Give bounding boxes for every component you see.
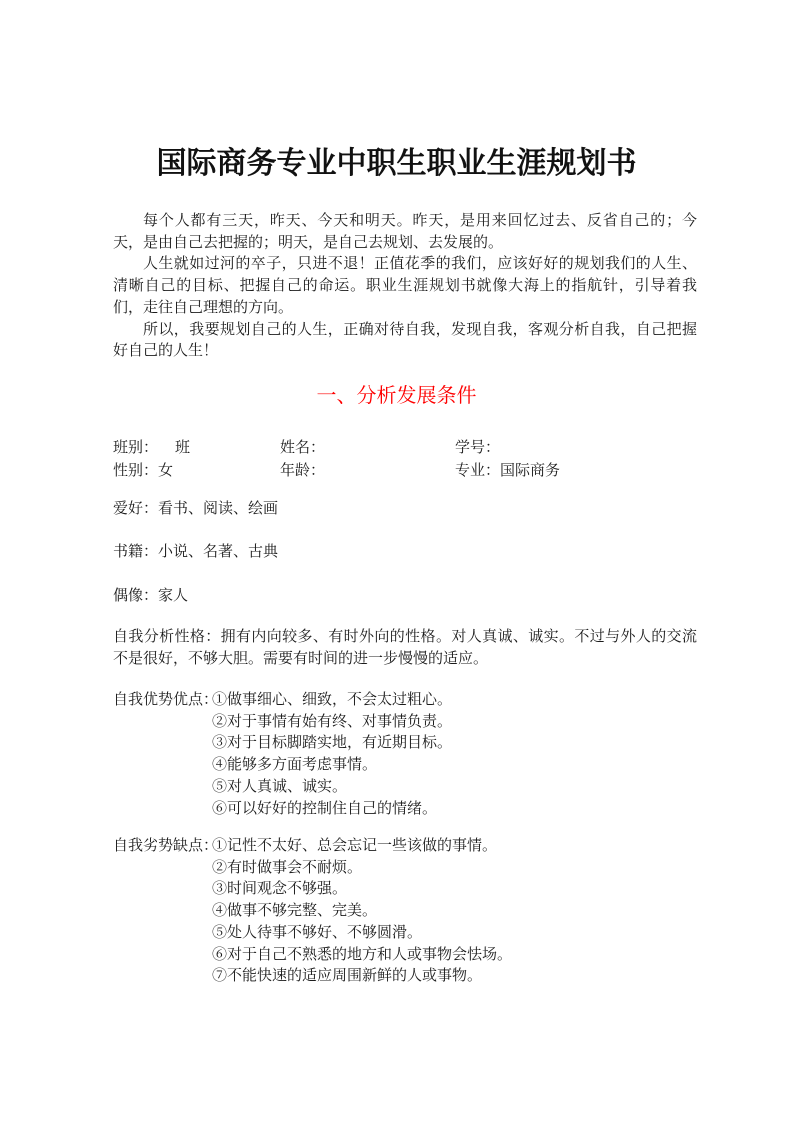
profile-row-2: 性别：女 年龄： 专业：国际商务 <box>113 460 697 483</box>
personality-analysis: 自我分析性格：拥有内向较多、有时外向的性格。对人真诚、诚实。不过与外人的交流不是… <box>113 627 697 670</box>
strength-item: ①做事细心、细致，不会太过粗心。 <box>212 690 697 712</box>
weaknesses-label: 自我劣势缺点： <box>113 836 212 858</box>
personality-text: 自我分析性格：拥有内向较多、有时外向的性格。对人真诚、诚实。不过与外人的交流不是… <box>113 627 697 670</box>
field-gender-label: 性别： <box>113 463 158 479</box>
field-major: 专业：国际商务 <box>455 460 560 483</box>
weaknesses-block: 自我劣势缺点： ①记性不太好、总会忘记一些该做的事情。②有时做事会不耐烦。③时间… <box>113 836 697 988</box>
field-class-value: 班 <box>175 437 190 460</box>
field-major-value: 国际商务 <box>500 463 560 479</box>
strength-item: ⑤对人真诚、诚实。 <box>212 777 697 799</box>
intro-paragraph: 每个人都有三天，昨天、今天和明天。昨天，是用来回忆过去、反省自己的；今天，是由自… <box>113 211 697 254</box>
interest-line: 书籍：小说、名著、古典 <box>113 542 697 564</box>
document-title: 国际商务专业中职生职业生涯规划书 <box>0 146 793 182</box>
weaknesses-items: ①记性不太好、总会忘记一些该做的事情。②有时做事会不耐烦。③时间观念不够强。④做… <box>212 836 697 988</box>
weakness-item: ⑥对于自己不熟悉的地方和人或事物会怯场。 <box>212 945 697 967</box>
field-gender-value: 女 <box>158 463 173 479</box>
strength-item: ②对于事情有始有终、对事情负责。 <box>212 712 697 734</box>
field-age: 年龄： <box>280 460 325 483</box>
intro-paragraph: 人生就如过河的卒子，只进不退！正值花季的我们，应该好好的规划我们的人生、清晰自己… <box>113 254 697 319</box>
strength-item: ④能够多方面考虑事情。 <box>212 755 697 777</box>
weakness-item: ②有时做事会不耐烦。 <box>212 858 697 880</box>
strength-item: ⑥可以好好的控制住自己的情绪。 <box>212 799 697 821</box>
field-class-label: 班别： <box>113 440 158 456</box>
field-name: 姓名： <box>280 437 325 460</box>
field-age-label: 年龄： <box>280 463 325 479</box>
interests-list: 爱好：看书、阅读、绘画书籍：小说、名著、古典偶像：家人 <box>113 499 697 629</box>
document-page: 国际商务专业中职生职业生涯规划书 每个人都有三天，昨天、今天和明天。昨天，是用来… <box>0 0 793 1122</box>
weakness-item: ⑤处人待事不够好、不够圆滑。 <box>212 923 697 945</box>
intro-paragraph: 所以，我要规划自己的人生，正确对待自我，发现自我，客观分析自我，自己把握好自己的… <box>113 320 697 363</box>
field-major-label: 专业： <box>455 463 500 479</box>
section-heading: 一、分析发展条件 <box>0 383 793 409</box>
weakness-item: ⑦不能快速的适应周围新鲜的人或事物。 <box>212 966 697 988</box>
field-student-id-label: 学号： <box>455 440 500 456</box>
profile-row-1: 班别：班 姓名： 学号： <box>113 437 697 460</box>
strengths-label: 自我优势优点： <box>113 690 212 712</box>
weakness-item: ③时间观念不够强。 <box>212 879 697 901</box>
field-gender: 性别：女 <box>113 460 173 483</box>
interest-line: 偶像：家人 <box>113 586 697 608</box>
strengths-block: 自我优势优点： ①做事细心、细致，不会太过粗心。②对于事情有始有终、对事情负责。… <box>113 690 697 820</box>
field-student-id: 学号： <box>455 437 500 460</box>
weakness-item: ①记性不太好、总会忘记一些该做的事情。 <box>212 836 697 858</box>
weakness-item: ④做事不够完整、完美。 <box>212 901 697 923</box>
strength-item: ③对于目标脚踏实地，有近期目标。 <box>212 733 697 755</box>
field-class: 班别：班 <box>113 437 190 460</box>
intro-paragraphs: 每个人都有三天，昨天、今天和明天。昨天，是用来回忆过去、反省自己的；今天，是由自… <box>113 211 697 363</box>
field-name-label: 姓名： <box>280 440 325 456</box>
interest-line: 爱好：看书、阅读、绘画 <box>113 499 697 521</box>
strengths-items: ①做事细心、细致，不会太过粗心。②对于事情有始有终、对事情负责。③对于目标脚踏实… <box>212 690 697 820</box>
profile-fields: 班别：班 姓名： 学号： 性别：女 年龄： 专业：国际商务 <box>113 437 697 483</box>
